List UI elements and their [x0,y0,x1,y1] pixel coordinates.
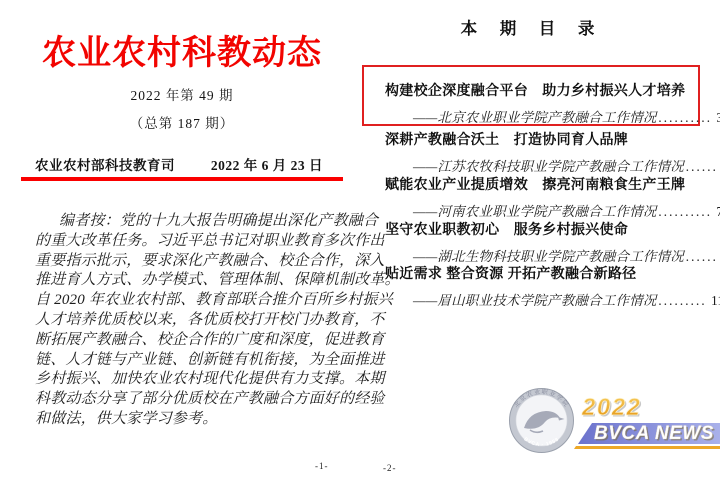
body-line: 编者按：党的十九大报告明确提出深化产教融合 [35,212,333,232]
body-line: 自 2020 年农业农村部、教育部联合推介百所乡村振兴 [35,291,333,311]
toc-entry-source: ——北京农业职业学院产教融合工作情况..........3 [413,106,703,126]
masthead-title: 农业农村科教动态 [20,25,344,74]
toc-dot-leader: .......... [659,110,713,125]
toc-entry-title: 贴近需求 整合资源 开拓产教融合新路径 [385,263,703,283]
toc-dot-leader: ...... [686,159,718,174]
toc-entry: 贴近需求 整合资源 开拓产教融合新路径 ——眉山职业技术学院产教融合工作情况..… [373,263,703,309]
toc-source-text: ——江苏农牧科技职业学院产教融合工作情况 [413,159,684,174]
body-line: 断拓展产教融合、校企合作的广度和深度，促进教育 [35,331,333,351]
toc-entry-source: ——江苏农牧科技职业学院产教融合工作情况......5 [413,155,703,175]
newsletter-spread: 农业农村科教动态 2022 年第 49 期 （总第 187 期） 农业农村部科技… [0,0,720,480]
toc-entry-source: ——湖北生物科技职业学院产教融合工作情况......9 [413,245,703,265]
toc-entry: 深耕产教融合沃土 打造协同育人品牌 ——江苏农牧科技职业学院产教融合工作情况..… [373,129,703,175]
publisher-date-row: 农业农村部科技教育司 2022 年 6 月 23 日 [35,154,323,174]
toc-entry-title: 构建校企深度融合平台 助力乡村振兴人才培养 [385,80,703,100]
toc-entry-title: 坚守农业职教初心 服务乡村振兴使命 [385,219,703,239]
bvca-news-watermark: BVCA NEWS BVCA NEWS 北京农业职业学院 BVCA - 1958… [500,378,720,478]
publish-date: 2022 年 6 月 23 日 [211,154,323,174]
toc-source-text: ——北京农业职业学院产教融合工作情况 [413,110,657,125]
gold-underline [574,446,720,449]
toc-source-text: ——河南农业职业学院产教融合工作情况 [413,204,657,219]
page-number-1: -1- [315,461,329,471]
editor-note-paragraph: 编者按：党的十九大报告明确提出深化产教融合 的重大改革任务。习近平总书记对职业教… [35,212,333,430]
school-seal-icon: 北京农业职业学院 BVCA - 1958 [510,388,574,453]
toc-dot-leader: .......... [659,204,713,219]
toc-page-number: 3 [716,110,720,125]
toc-source-text: ——眉山职业技术学院产教融合工作情况 [413,293,657,308]
body-line: 乡村振兴、加快农业农村现代化提供有力支撑。本期 [35,370,333,390]
toc-dot-leader: ...... [686,249,718,264]
page-number-2: -2- [383,463,397,473]
toc-entry: 赋能农业产业提质增效 擦亮河南粮食生产王牌 ——河南农业职业学院产教融合工作情况… [373,174,703,220]
toc-entry: 构建校企深度融合平台 助力乡村振兴人才培养 ——北京农业职业学院产教融合工作情况… [373,80,703,126]
body-line: 推进育人方式、办学模式、管理体制、保障机制改革。 [35,271,333,291]
body-line: 重要指示批示，要求深化产教融合、校企合作，深入 [35,252,333,272]
body-line: 和做法，供大家学习参考。 [35,410,333,430]
body-line: 链、人才链与产业链、创新链有机衔接，为全面推进 [35,351,333,371]
banner-text: BVCA NEWS [594,423,714,444]
toc-page-number: 7 [716,204,720,219]
year-watermark: 2022 2022 [581,394,643,423]
toc-page-number: 11 [711,293,720,308]
body-line: 的重大改革任务。习近平总书记对职业教育多次作出 [35,232,333,252]
toc-entry-title: 深耕产教融合沃土 打造协同育人品牌 [385,129,703,149]
toc-entry-title: 赋能农业产业提质增效 擦亮河南粮食生产王牌 [385,174,703,194]
news-banner: BVCA NEWS BVCA NEWS [574,423,720,449]
toc-source-text: ——湖北生物科技职业学院产教融合工作情况 [413,249,684,264]
toc-entry-source: ——眉山职业技术学院产教融合工作情况.........11 [413,289,703,309]
toc-entry-source: ——河南农业职业学院产教融合工作情况..........7 [413,200,703,220]
toc-dot-leader: ......... [659,293,707,308]
publisher: 农业农村部科技教育司 [35,154,175,174]
year-text: 2022 [581,394,641,421]
total-issue-number: （总第 187 期） [20,112,344,132]
issue-number: 2022 年第 49 期 [20,84,344,104]
masthead-rule [21,177,343,181]
toc-entry: 坚守农业职教初心 服务乡村振兴使命 ——湖北生物科技职业学院产教融合工作情况..… [373,219,703,265]
body-line: 人才培养优质校以来，各优质校打开校门办教育，不 [35,311,333,331]
body-line: 科教动态分享了部分优质校在产教融合方面好的经验 [35,390,333,410]
toc-heading: 本 期 目 录 [420,15,644,39]
